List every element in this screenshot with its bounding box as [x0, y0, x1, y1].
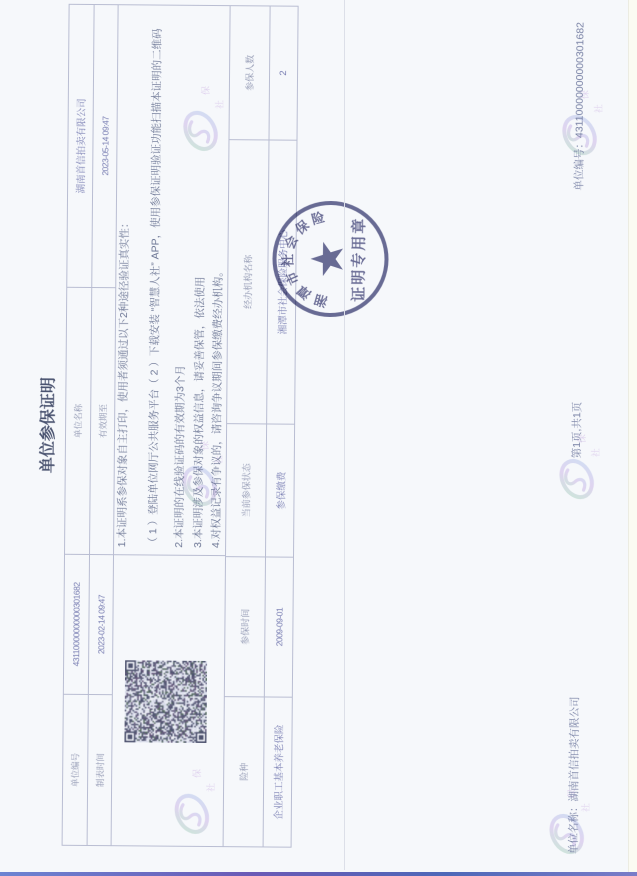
unit-number-value: 43110000000000301682: [64, 554, 90, 694]
insured-count-value: 2: [269, 5, 298, 139]
note-line: 4.对权益记录有争议的，请咨询争议期间参保缴费经办机构。: [209, 266, 225, 548]
enroll-date-value: 2009-09-01: [265, 556, 294, 696]
current-status-value: 参保缴费: [266, 423, 295, 556]
footer-page-info: 第1页,共1页: [570, 402, 584, 459]
issued-time-label: 制表时间: [88, 694, 113, 845]
header-agency-name: 经办机构名称: [227, 139, 269, 423]
valid-until-label: 有效期至: [90, 287, 116, 554]
header-insured-count: 参保人数: [230, 5, 271, 139]
certificate-content: 社 保 单位参保证明 单位编号 43110000000000301682 单位名…: [0, 0, 629, 876]
footer-unit-number: 单位编号：43110000000000301682: [572, 22, 587, 191]
qr-code: [124, 660, 207, 743]
official-stamp: 湘潭市社会保险 证明专用章: [268, 196, 393, 321]
note-line: 3.本证明涉及参保对象的权益信息，请妥善保管，依法使用: [191, 277, 207, 548]
note-line: 1.本证明系参保对象自主打印，使用者须通过以下2种途径验证真实性：: [115, 218, 132, 548]
unit-number-label: 单位编号: [63, 694, 89, 845]
certificate-page: 社 保 单位参保证明 单位编号 43110000000000301682 单位名…: [0, 0, 629, 876]
footer-unit-name: 单位名称：湖南首信拍卖有限公司: [567, 697, 582, 855]
scanned-document: 社 保 单位参保证明 单位编号 43110000000000301682 单位名…: [0, 0, 637, 876]
star-icon: [310, 242, 343, 277]
header-enroll-date: 参保时间: [225, 556, 266, 696]
insurance-type-value: 企业职工基本养老保险: [264, 696, 293, 846]
insurance-table: 险种 参保时间 当前参保状态 经办机构名称 参保人数 企业职工基本养老保险 20…: [224, 5, 299, 848]
notes-cell: 1.本证明系参保对象自主打印，使用者须通过以下2种途径验证真实性： （ 1 ）登…: [113, 4, 231, 555]
note-line: 2.本证明的在线验证码的有效期为3个月: [172, 365, 188, 548]
unit-info-table: 单位编号 43110000000000301682 单位名称 湖南首信拍卖有限公…: [62, 4, 119, 846]
unit-name-value: 湖南首信拍卖有限公司: [67, 4, 94, 287]
header-current-status: 当前参保状态: [226, 423, 267, 556]
stamp-center-text: 证明专用章: [349, 217, 368, 302]
verification-section: 1.本证明系参保对象自主打印，使用者须通过以下2种途径验证真实性： （ 1 ）登…: [111, 4, 231, 847]
qr-cell: [111, 554, 226, 846]
note-line: （ 1 ）登陆单位网厅公共服务平台（ 2 ）下载安装 “智慧人社” APP，使用…: [146, 28, 164, 547]
unit-name-label: 单位名称: [65, 287, 92, 554]
fold-line: [344, 0, 345, 870]
header-insurance-type: 险种: [224, 696, 265, 846]
issued-time-value: 2023-02-14 09:47: [89, 554, 114, 694]
scanner-edge-strip: [0, 872, 637, 876]
